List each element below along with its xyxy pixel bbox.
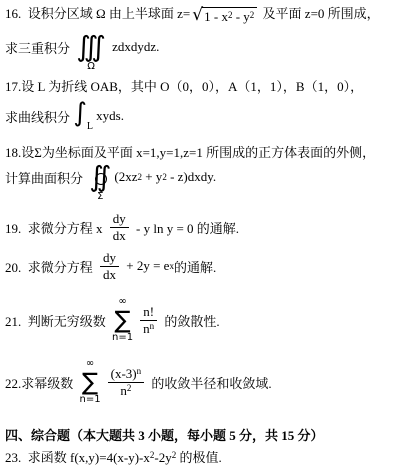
section-4-heading: 四、综合题（本大题共 3 小题，每小题 5 分，共 15 分） [5, 426, 405, 446]
summation: ∞ ∑ n=1 [80, 358, 101, 406]
p23-statement-b: -2y [154, 450, 171, 465]
num-base: (x-3) [111, 366, 137, 381]
p20-statement-a: 20. 求微分方程 [5, 257, 96, 276]
surface-integral: Σ ∬ Σ [89, 151, 111, 203]
p18-integrand-a: (2xz [114, 169, 137, 185]
p19-statement-a: 19. 求微分方程 x [5, 218, 106, 237]
fraction-dy-dx: dy dx [110, 211, 129, 243]
exponent-2: 2 [127, 383, 132, 393]
integral-sign: ∫ [73, 98, 87, 128]
problem-16-line-2: 求三重积分 Ω ∭ Ω zdxdydz. [5, 21, 159, 73]
sigma-sign: ∑ [114, 308, 130, 332]
sum-lower-limit: n=1 [112, 332, 133, 344]
p22-statement-a: 22.求幂级数 [5, 373, 77, 392]
exponent: 2 [250, 10, 255, 20]
sqrt-term-1: 1 - x [204, 9, 228, 24]
problem-17-line-2: 求曲线积分 ∫L xyds. [5, 100, 124, 132]
p19-statement-b: - y ln y = 0 的通解. [133, 218, 239, 237]
p16-statement-a: 16. 设积分区域 Ω 由上半球面 z= [5, 6, 190, 21]
p21-statement-b: 的敛散性. [161, 311, 220, 330]
p20-statement-c: 的通解. [174, 257, 216, 276]
p18-integrand-b: + y [142, 169, 162, 185]
exponent-n: n [137, 366, 142, 376]
fraction-numerator: dy [100, 250, 119, 267]
p23-statement-a: 23. 求函数 f(x,y)=4(x-y)-x [5, 450, 150, 465]
p16-statement-b: 及平面 z=0 所围成， [259, 6, 379, 21]
fraction-denominator: n2 [117, 383, 134, 399]
problem-18-line-2: 计算曲面积分 Σ ∬ Σ (2xz2 + y2 - z)dxdy. [5, 151, 216, 203]
sqrt-term-2: - y [232, 9, 249, 24]
p17-ask-text: 求曲线积分 [5, 107, 73, 126]
fraction-numerator: dy [110, 211, 129, 228]
p21-statement-a: 21. 判断无穷级数 [5, 311, 109, 330]
fraction-denominator: dx [100, 267, 119, 283]
sum-lower-limit: n=1 [80, 394, 101, 406]
line-integral: ∫L [73, 100, 93, 132]
problem-21: 21. 判断无穷级数 ∞ ∑ n=1 n! nn 的敛散性. [5, 296, 220, 344]
sqrt-body: 1 - x2 - y2 [202, 7, 257, 24]
integral-circle [95, 173, 107, 185]
p16-integrand: zdxdydz. [109, 39, 160, 55]
p23-statement-c: 的极值. [176, 450, 222, 465]
p20-statement-b: + 2y = e [123, 258, 169, 274]
sigma-sign: ∑ [82, 370, 98, 394]
fraction-power-series-term: (x-3)n n2 [108, 366, 145, 398]
exam-page: 16. 设积分区域 Ω 由上半球面 z=√1 - x2 - y2 及平面 z=0… [0, 0, 407, 468]
p18-ask-text: 计算曲面积分 [5, 168, 86, 187]
triple-integral-sign: ∭ [76, 33, 106, 61]
closed-surface-integral-sign: ∬ [89, 163, 111, 191]
problem-17-line-1: 17.设 L 为折线 OAB，其中 O（0，0），A（1，1），B（1，0）， [5, 77, 405, 97]
p22-statement-b: 的收敛半径和收敛域. [148, 373, 272, 392]
sqrt-expression: √1 - x2 - y2 [192, 7, 257, 24]
p18-integrand-c: - z)dxdy. [167, 169, 216, 185]
p17-integrand: xyds. [93, 108, 124, 124]
fraction-dy-dx: dy dx [100, 250, 119, 282]
fraction-numerator: (x-3)n [108, 366, 145, 383]
p16-ask-text: 求三重积分 [5, 38, 73, 57]
problem-23: 23. 求函数 f(x,y)=4(x-y)-x2-2y2 的极值. [5, 448, 405, 468]
triple-integral: Ω ∭ Ω [76, 21, 106, 73]
fraction-denominator: nn [140, 321, 157, 337]
fraction-n-factorial-over-n-to-n: n! nn [140, 304, 157, 336]
exponent-n: n [150, 321, 155, 331]
problem-20: 20. 求微分方程 dy dx + 2y = ex的通解. [5, 250, 216, 282]
integral-domain-omega: Ω [87, 61, 95, 73]
p17-statement: 17.设 L 为折线 OAB，其中 O（0，0），A（1，1），B（1，0）， [5, 79, 363, 94]
problem-22: 22.求幂级数 ∞ ∑ n=1 (x-3)n n2 的收敛半径和收敛域. [5, 358, 272, 406]
section-4-title: 四、综合题（本大题共 3 小题，每小题 5 分，共 15 分） [5, 428, 324, 443]
summation: ∞ ∑ n=1 [112, 296, 133, 344]
fraction-numerator: n! [140, 304, 157, 321]
fraction-denominator: dx [110, 228, 129, 244]
problem-19: 19. 求微分方程 x dy dx - y ln y = 0 的通解. [5, 211, 239, 243]
